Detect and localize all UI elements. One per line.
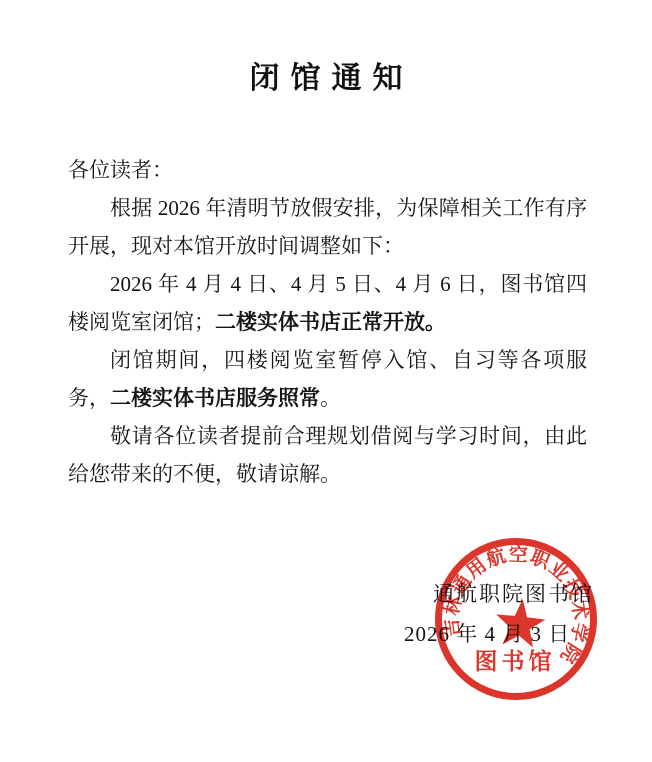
body-paragraph: 2026 年 4 月 4 日、4 月 5 日、4 月 6 日，图书馆四楼阅览室闭…: [68, 265, 587, 341]
notice-document: 闭馆通知 各位读者： 根据 2026 年清明节放假安排，为保障相关工作有序开展，…: [0, 0, 652, 762]
body-paragraph: 根据 2026 年清明节放假安排，为保障相关工作有序开展，现对本馆开放时间调整如…: [68, 189, 587, 265]
text-segment: 根据 2026 年清明节放假安排，为保障相关工作有序开展，现对本馆开放时间调整如…: [68, 196, 587, 258]
notice-body: 各位读者： 根据 2026 年清明节放假安排，为保障相关工作有序开展，现对本馆开…: [68, 151, 587, 493]
signature-department: 通航职院图书馆: [433, 578, 594, 608]
notice-title: 闭馆通知: [0, 53, 652, 97]
paragraph-list: 根据 2026 年清明节放假安排，为保障相关工作有序开展，现对本馆开放时间调整如…: [68, 189, 587, 493]
seal-label-text: 图书馆: [475, 648, 556, 674]
greeting-line: 各位读者：: [68, 151, 587, 189]
body-paragraph: 闭馆期间，四楼阅览室暂停入馆、自习等各项服务，二楼实体书店服务照常。: [68, 341, 587, 417]
body-paragraph: 敬请各位读者提前合理规划借阅与学习时间，由此给您带来的不便，敬请谅解。: [68, 417, 587, 493]
bold-text-segment: 二楼实体书店正常开放。: [215, 310, 446, 334]
seal-arc-char: 职: [527, 546, 554, 574]
seal-center-label: 图书馆: [475, 648, 556, 674]
signature-date: 2026 年 4 月 3 日: [404, 618, 570, 648]
bold-text-segment: 二楼实体书店服务照常: [110, 386, 320, 410]
text-segment: 敬请各位读者提前合理规划借阅与学习时间，由此给您带来的不便，敬请谅解。: [68, 424, 587, 486]
seal-arc-char: 航: [483, 544, 508, 572]
seal-arc-char: 空: [508, 543, 528, 567]
text-segment: 。: [320, 386, 341, 410]
